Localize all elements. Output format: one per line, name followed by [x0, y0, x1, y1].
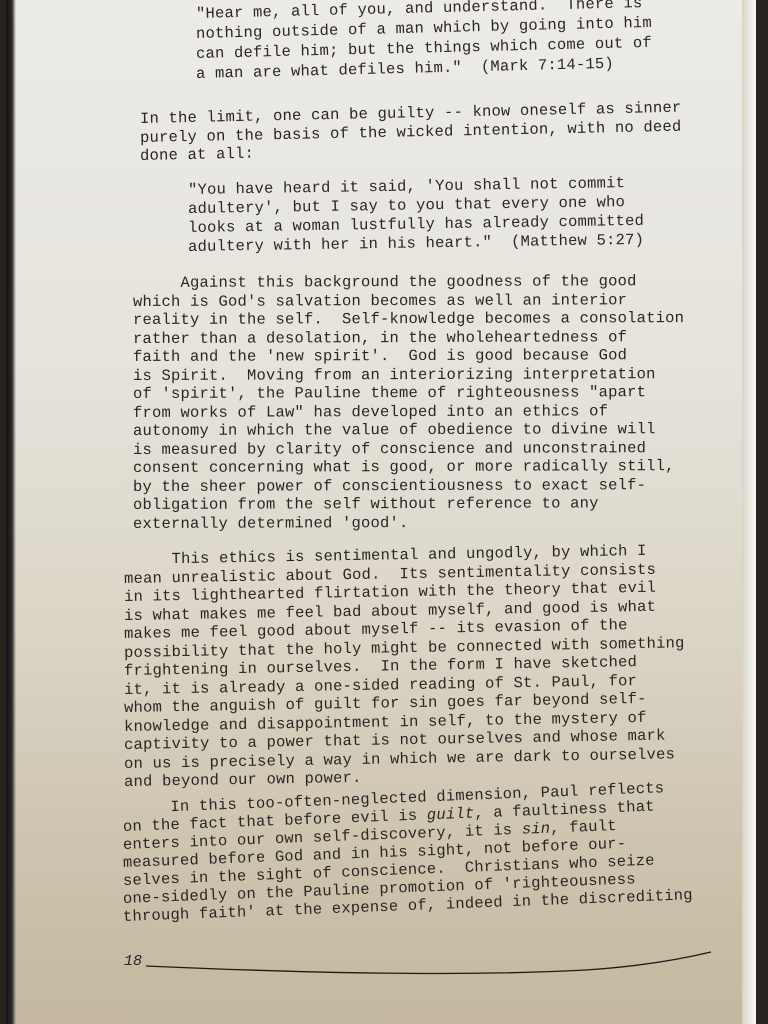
page-shadow-left — [6, 0, 16, 1024]
para2-line: obligation from the self without referen… — [133, 494, 599, 514]
para2-line: reality in the self. Self-knowledge beco… — [133, 309, 684, 329]
para2-line: is measured by clarity of conscience and… — [133, 439, 646, 459]
para2-line: of 'spirit', the Pauline theme of righte… — [133, 383, 646, 403]
emphasized-word: sin — [521, 820, 550, 839]
adjacent-page-edge — [742, 0, 756, 1024]
emphasized-word: guilt — [426, 805, 474, 825]
para2-line: faith and the 'new spirit'. God is good … — [133, 346, 627, 366]
footer-rule — [146, 940, 716, 980]
para2-line: externally determined 'good'. — [133, 514, 409, 533]
page-number: 18 — [124, 953, 142, 970]
para2-line: consent concerning what is good, or more… — [133, 457, 675, 477]
para1-line: done at all: — [140, 145, 254, 165]
para2-line: from works of Law" has developed into an… — [133, 402, 608, 422]
para2-line: by the sheer power of conscientiousness … — [133, 476, 646, 496]
para2-line: which is God's salvation becomes as well… — [133, 291, 627, 311]
para2-line: Against this background the goodness of … — [133, 272, 637, 292]
para2-line: is Spirit. Moving from an interiorizing … — [133, 365, 656, 385]
para2-line: rather than a desolation, in the wholehe… — [133, 328, 627, 348]
book-page: "Hear me, all of you, and understand. Th… — [6, 0, 756, 1024]
para2-line: autonomy in which the value of obedience… — [133, 420, 656, 440]
para3-line: and beyond our own power. — [124, 769, 362, 791]
